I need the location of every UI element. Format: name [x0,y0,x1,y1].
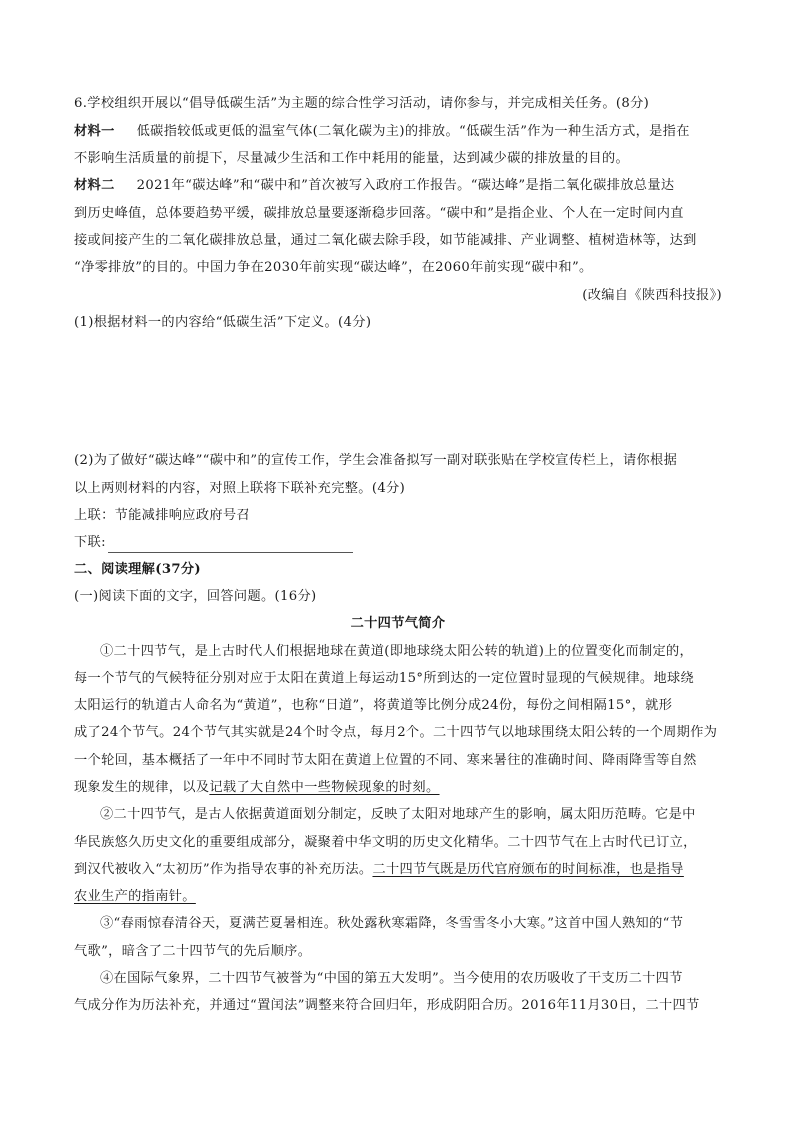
p1-line-6-plain: 现象发生的规律，以及 [74,780,209,795]
p1-line-2: 每一个节气的气候特征分别对应于太阳在黄道上每运动15°所到达的一定位置时显现的气… [74,669,722,689]
p1-line-5: 一个轮回，基本概括了一年中不同时节太阳在黄道上位置的不同、寒来暑往的准确时间、降… [74,751,722,771]
p2-line-4: 农业生产的指南针。 [74,887,722,907]
p3-line-2: 气歌”，暗含了二十四节气的先后顺序。 [74,942,722,962]
p4-line-1: ④在国际气象界，二十四节气被誉为“中国的第五大发明”。当今使用的农历吸收了干支历… [74,969,722,989]
material-1-line-1: 材料一低碳指较低或更低的温室气体(二氧化碳为主)的排放。“低碳生活”作为一种生活… [74,122,722,142]
answer-space-1[interactable] [74,335,722,445]
material-2-source: (改编自《陕西科技报》) [74,286,722,306]
section-2-heading: 二、阅读理解(37分) [74,560,722,580]
lower-couplet-label: 下联: [74,535,106,550]
p1-line-1: ①二十四节气，是上古时代人们根据地球在黄道(即地球绕太阳公转的轨道)上的位置变化… [74,642,722,662]
p1-underlined-sentence: 记载了大自然中一些物候现象的时刻。 [209,780,439,795]
material-1-text: 低碳指较低或更低的温室气体(二氧化碳为主)的排放。“低碳生活”作为一种生活方式，… [137,124,690,139]
question-6-prompt: 6.学校组织开展以“倡导低碳生活”为主题的综合性学习活动，请你参与，并完成相关任… [74,94,722,114]
p3-line-1: ③“春雨惊春清谷天，夏满芒夏暑相连。秋处露秋寒霜降，冬雪雪冬小大寒。”这首中国人… [74,914,722,934]
sub-question-1: (1)根据材料一的内容给“低碳生活”下定义。(4分) [74,313,722,333]
p1-line-4: 成了24个节气。24个节气其实就是24个时令点，每月2个。二十四节气以地球围绕太… [74,723,722,743]
p2-line-3: 到汉代被收入“太初历”作为指导农事的补充历法。二十四节气既是历代官府颁布的时间标… [74,860,722,880]
material-2-line-3: 接或间接产生的二氧化碳排放总量，通过二氧化碳去除手段，如节能减排、产业调整、植树… [74,231,722,251]
part-1-instruction: (一)阅读下面的文字，回答问题。(16分) [74,587,722,607]
p2-underlined-sentence-part-2: 农业生产的指南针。 [74,889,196,904]
sub-question-2-line-1: (2)为了做好“碳达峰”“碳中和”的宣传工作，学生会准备拟写一副对联张贴在学校宣… [74,451,722,471]
material-2-label: 材料二 [74,178,115,193]
material-2-line-2: 到历史峰值，总体要趋势平缓，碳排放总量要逐渐稳步回落。“碳中和”是指企业、个人在… [74,204,722,224]
material-2-line-4: “净零排放”的目的。中国力争在2030年前实现“碳达峰”，在2060年前实现“碳… [74,258,722,278]
p4-line-2: 气成分作为历法补充，并通过“置闰法”调整来符合回归年，形成阴阳合历。2016年1… [74,996,722,1016]
upper-couplet: 上联：节能减排响应政府号召 [74,506,722,526]
lower-couplet-blank[interactable] [108,538,353,553]
material-1-label: 材料一 [74,124,115,139]
sub-question-2-line-2: 以上两则材料的内容，对照上联将下联补充完整。(4分) [74,479,722,499]
p2-line-1: ②二十四节气，是古人依据黄道面划分制定，反映了太阳对地球产生的影响，属太阳历范畴… [74,805,722,825]
p1-line-6: 现象发生的规律，以及记载了大自然中一些物候现象的时刻。 [74,778,722,798]
material-2-line-1: 材料二2021年“碳达峰”和“碳中和”首次被写入政府工作报告。“碳达峰”是指二氧… [74,176,722,196]
p1-line-3: 太阳运行的轨道古人命名为“黄道”，也称“日道”，将黄道等比例分成24份，每份之间… [74,696,722,716]
article-title: 二十四节气简介 [74,614,722,634]
material-2-text: 2021年“碳达峰”和“碳中和”首次被写入政府工作报告。“碳达峰”是指二氧化碳排… [137,178,675,193]
lower-couplet-row: 下联: [74,533,722,553]
p2-line-2: 华民族悠久历史文化的重要组成部分，凝聚着中华文明的历史文化精华。二十四节气在上古… [74,833,722,853]
p2-line-3-plain: 到汉代被收入“太初历”作为指导农事的补充历法。 [74,862,372,877]
material-1-line-2: 不影响生活质量的前提下，尽量减少生活和工作中耗用的能量，达到减少碳的排放量的目的… [74,149,722,169]
p2-underlined-sentence-part-1: 二十四节气既是历代官府颁布的时间标准，也是指导 [372,862,683,877]
